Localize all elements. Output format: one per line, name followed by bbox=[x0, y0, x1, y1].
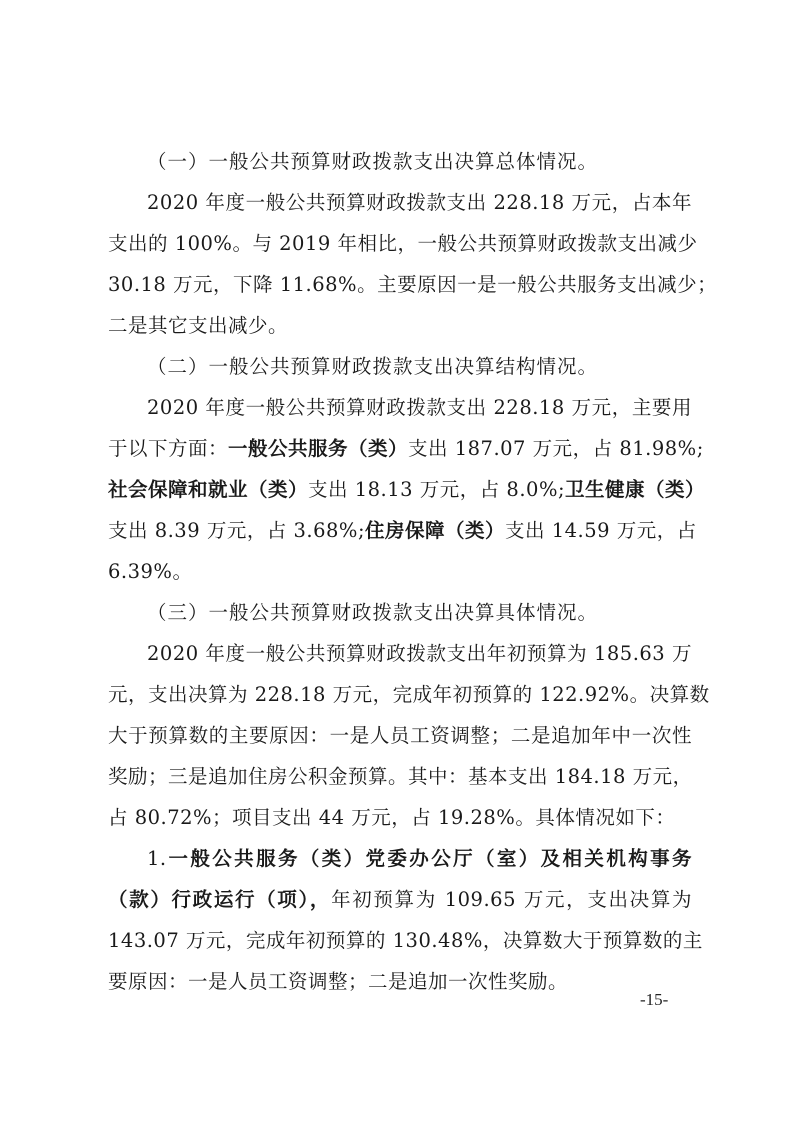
paragraph-line: 元，支出决算为 228.18 万元，完成年初预算的 122.92%。决算数 bbox=[108, 680, 692, 710]
paragraph-line: 2020 年度一般公共预算财政拨款支出年初预算为 185.63 万 bbox=[147, 639, 692, 669]
item-title-bold: （款）行政运行（项）， bbox=[108, 888, 331, 911]
item-1-title: 1.一般公共服务（类）党委办公厅（室）及相关机构事务 bbox=[147, 844, 692, 874]
paragraph-line: 于以下方面：一般公共服务（类）支出 187.07 万元，占 81.98%; bbox=[108, 434, 692, 464]
section-heading-3: （三）一般公共预算财政拨款支出决算具体情况。 bbox=[147, 598, 692, 628]
text: 年初预算为 109.65 万元，支出决算为 bbox=[331, 888, 692, 911]
text: 支出 187.07 万元，占 81.98%; bbox=[408, 437, 704, 460]
item-title-bold: 一般公共服务（类）党委办公厅（室）及相关机构事务 bbox=[167, 847, 692, 870]
category-housing: 住房保障（类） bbox=[365, 519, 505, 542]
text: 支出 18.13 万元，占 8.0%; bbox=[308, 478, 565, 501]
paragraph-line: 30.18 万元，下降 11.68%。主要原因一是一般公共服务支出减少； bbox=[108, 270, 692, 300]
paragraph-line: 占 80.72%；项目支出 44 万元，占 19.28%。具体情况如下： bbox=[108, 803, 692, 833]
category-social-security: 社会保障和就业（类） bbox=[108, 478, 308, 501]
paragraph-line: 2020 年度一般公共预算财政拨款支出 228.18 万元，主要用 bbox=[147, 393, 692, 423]
paragraph-line: （款）行政运行（项），年初预算为 109.65 万元，支出决算为 bbox=[108, 885, 692, 915]
text: 支出 8.39 万元，占 3.68%; bbox=[108, 519, 365, 542]
document-page: （一）一般公共预算财政拨款支出决算总体情况。 2020 年度一般公共预算财政拨款… bbox=[0, 0, 793, 1122]
section-heading-2: （二）一般公共预算财政拨款支出决算结构情况。 bbox=[147, 352, 692, 382]
paragraph-line: 6.39%。 bbox=[108, 557, 692, 587]
paragraph-line: 奖励；三是追加住房公积金预算。其中：基本支出 184.18 万元， bbox=[108, 762, 692, 792]
paragraph-line: 支出的 100%。与 2019 年相比，一般公共预算财政拨款支出减少 bbox=[108, 229, 692, 259]
paragraph-line: 支出 8.39 万元，占 3.68%;住房保障（类）支出 14.59 万元，占 bbox=[108, 516, 692, 546]
item-number: 1. bbox=[147, 847, 167, 870]
text: 支出 14.59 万元，占 bbox=[505, 519, 697, 542]
paragraph-line: 143.07 万元，完成年初预算的 130.48%，决算数大于预算数的主 bbox=[108, 926, 692, 956]
page-number: -15- bbox=[640, 990, 668, 1010]
paragraph-line: 二是其它支出减少。 bbox=[108, 311, 692, 341]
paragraph-line: 大于预算数的主要原因：一是人员工资调整；二是追加年中一次性 bbox=[108, 721, 692, 751]
section-heading-1: （一）一般公共预算财政拨款支出决算总体情况。 bbox=[147, 147, 692, 177]
category-general-public-services: 一般公共服务（类） bbox=[228, 437, 408, 460]
paragraph-line: 2020 年度一般公共预算财政拨款支出 228.18 万元，占本年 bbox=[147, 188, 692, 218]
paragraph-line: 要原因：一是人员工资调整；二是追加一次性奖励。 bbox=[108, 967, 692, 997]
category-health: 卫生健康（类） bbox=[565, 478, 705, 501]
text: 于以下方面： bbox=[108, 437, 228, 460]
paragraph-line: 社会保障和就业（类）支出 18.13 万元，占 8.0%;卫生健康（类） bbox=[108, 475, 692, 505]
